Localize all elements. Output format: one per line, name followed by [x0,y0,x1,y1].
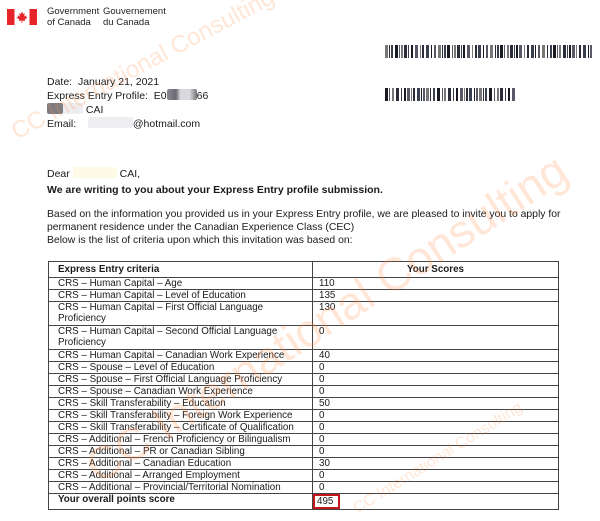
redacted-name [47,103,63,114]
letter-heading: We are writing to you about your Express… [47,184,567,197]
name-line: CAI [47,103,103,118]
canada-flag-icon [7,9,37,25]
table-row: CRS – Additional – French Proficiency or… [49,434,559,446]
barcode-2 [385,88,517,101]
salutation: Dear CAI, [47,167,567,181]
criteria-cell: CRS – Human Capital – Level of Education [49,290,313,302]
criteria-cell: CRS – Human Capital – First Official Lan… [49,302,313,326]
crs-scores-table: Express Entry criteria Your Scores CRS –… [48,261,559,510]
score-cell: 135 [313,290,559,302]
redacted-email [88,117,133,128]
criteria-cell: CRS – Human Capital – Age [49,278,313,290]
total-score-row: Your overall points score495 [49,494,559,510]
profile-line: Express Entry Profile: E066 [47,89,208,104]
table-row: CRS – Spouse – Canadian Work Experience0 [49,386,559,398]
gov-signature-en: Government of Canada [47,7,99,28]
table-row: CRS – Skill Transferability – Certificat… [49,422,559,434]
criteria-cell: CRS – Spouse – Level of Education [49,362,313,374]
criteria-cell: CRS – Human Capital – Canadian Work Expe… [49,350,313,362]
date-value: January 21, 2021 [78,76,159,88]
criteria-cell: CRS – Additional – Arranged Employment [49,470,313,482]
letter-body: Based on the information you provided us… [47,208,567,247]
criteria-cell: CRS – Additional – French Proficiency or… [49,434,313,446]
table-row: CRS – Additional – PR or Canadian Siblin… [49,446,559,458]
score-cell: 0 [313,386,559,398]
table-row: CRS – Additional – Provincial/Territoria… [49,482,559,494]
score-cell: 50 [313,398,559,410]
criteria-cell: CRS – Skill Transferability – Foreign Wo… [49,410,313,422]
redacted-profile-number [167,89,197,100]
table-header-row: Express Entry criteria Your Scores [49,262,559,278]
criteria-cell: CRS – Skill Transferability – Certificat… [49,422,313,434]
table-row: CRS – Human Capital – Canadian Work Expe… [49,350,559,362]
gov-signature-fr: Gouvernement du Canada [103,7,166,28]
table-row: CRS – Human Capital – Age110 [49,278,559,290]
score-cell: 0 [313,410,559,422]
score-cell: 0 [313,362,559,374]
criteria-cell: CRS – Additional – Provincial/Territoria… [49,482,313,494]
score-cell: 130 [313,302,559,326]
total-score-value: 495 [313,494,340,509]
score-cell: 0 [313,470,559,482]
table-row: CRS – Skill Transferability – Foreign Wo… [49,410,559,422]
score-cell: 40 [313,350,559,362]
table-row: CRS – Human Capital – Level of Education… [49,290,559,302]
score-cell: 0 [313,422,559,434]
date-line: Date: January 21, 2021 [47,76,159,90]
score-cell: 0 [313,482,559,494]
table-row: CRS – Skill Transferability – Education5… [49,398,559,410]
score-cell: 0 [313,374,559,386]
criteria-cell: CRS – Spouse – First Official Language P… [49,374,313,386]
criteria-cell: CRS – Additional – PR or Canadian Siblin… [49,446,313,458]
table-row: CRS – Spouse – First Official Language P… [49,374,559,386]
criteria-cell: CRS – Skill Transferability – Education [49,398,313,410]
criteria-cell: CRS – Spouse – Canadian Work Experience [49,386,313,398]
criteria-cell: CRS – Human Capital – Second Official La… [49,326,313,350]
table-row: CRS – Additional – Canadian Education30 [49,458,559,470]
score-cell: 0 [313,326,559,350]
table-row: CRS – Human Capital – Second Official La… [49,326,559,350]
criteria-cell: CRS – Additional – Canadian Education [49,458,313,470]
redacted-first-name [73,167,117,178]
column-header-scores: Your Scores [313,262,559,278]
barcode-1 [385,45,593,58]
total-label: Your overall points score [49,494,313,510]
table-row: CRS – Human Capital – First Official Lan… [49,302,559,326]
score-cell: 30 [313,458,559,470]
score-cell: 0 [313,434,559,446]
total-score-cell: 495 [313,494,559,510]
email-line: Email: @hotmail.com [47,117,200,132]
column-header-criteria: Express Entry criteria [49,262,313,278]
score-cell: 0 [313,446,559,458]
table-row: CRS – Additional – Arranged Employment0 [49,470,559,482]
score-cell: 110 [313,278,559,290]
table-row: CRS – Spouse – Level of Education0 [49,362,559,374]
